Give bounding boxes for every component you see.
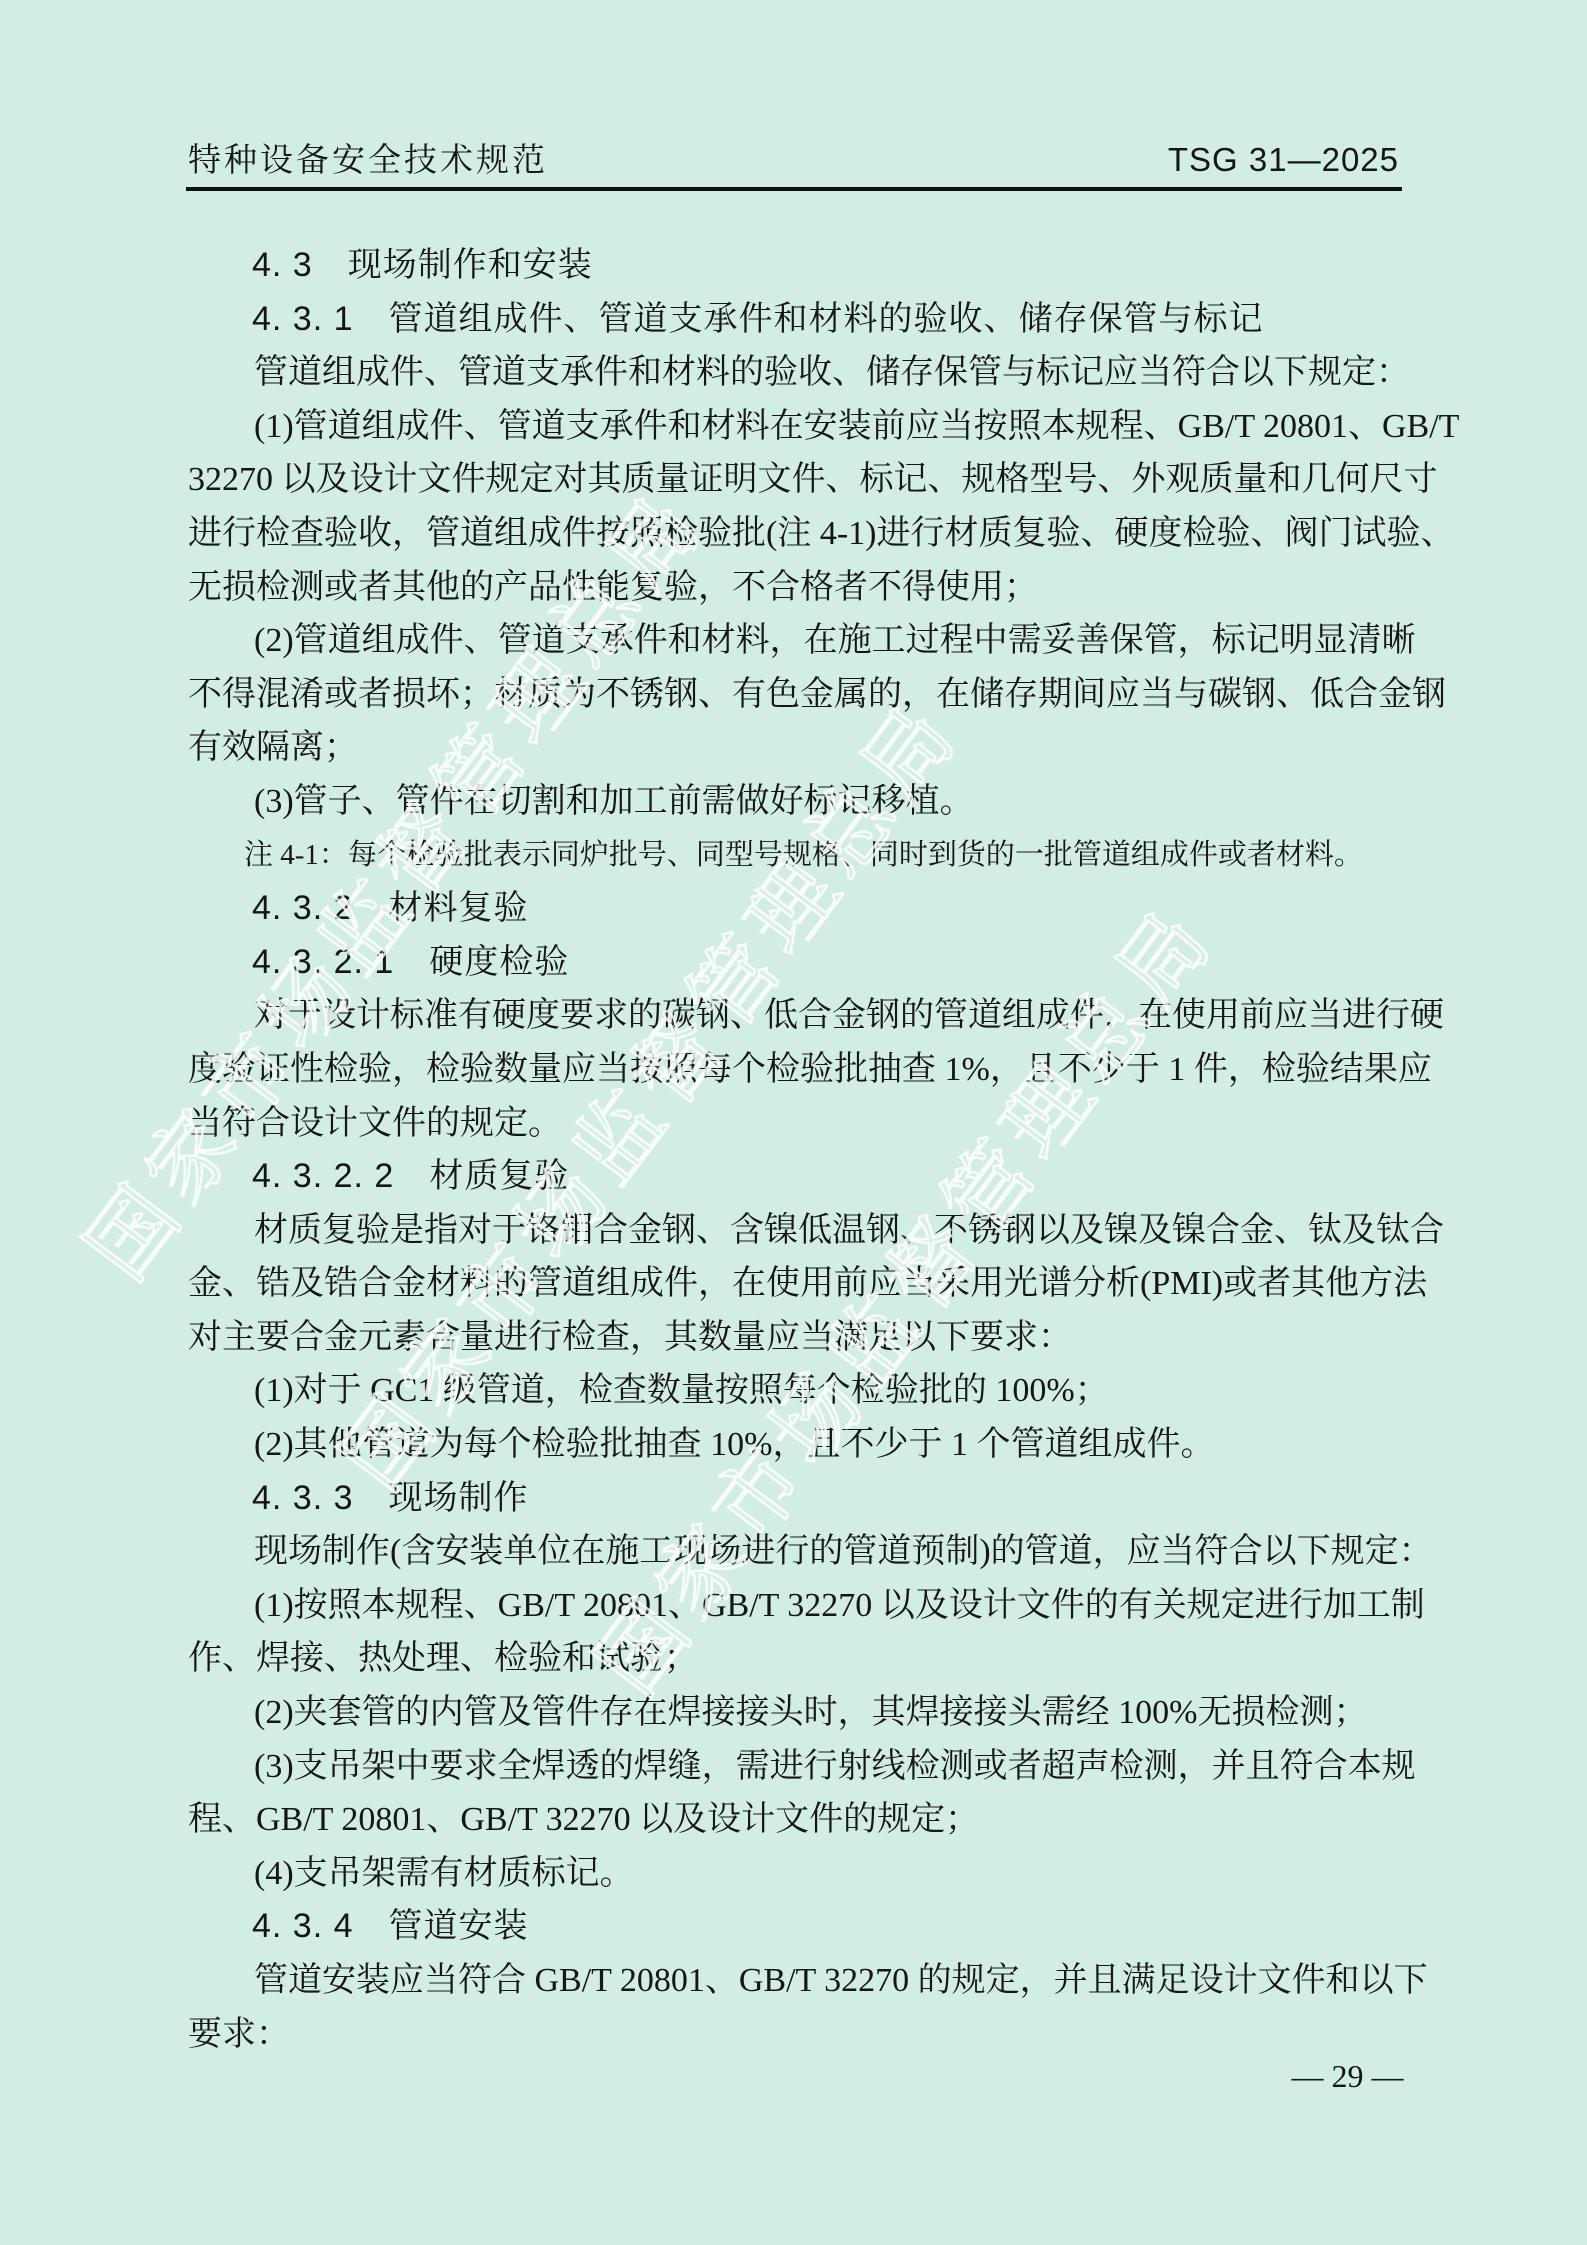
text-line: 不得混淆或者损坏；材质为不锈钢、有色金属的，在储存期间应当与碳钢、低合金钢 — [188, 668, 1402, 722]
note-line: 注 4-1：每个检验批表示同炉批号、同型号规格、同时到货的一批管道组成件或者材料… — [188, 829, 1402, 883]
section-heading: 4. 3. 3 现场制作 — [188, 1472, 1402, 1526]
document-body: 4. 3 现场制作和安装 4. 3. 1 管道组成件、管道支承件和材料的验收、储… — [188, 239, 1402, 2061]
document-code: TSG 31—2025 — [1168, 140, 1399, 180]
text-line: 管道组成件、管道支承件和材料的验收、储存保管与标记应当符合以下规定： — [188, 346, 1402, 400]
text-line: (3)支吊架中要求全焊透的焊缝，需进行射线检测或者超声检测，并且符合本规 — [188, 1740, 1402, 1794]
text-line: 管道安装应当符合 GB/T 20801、GB/T 32270 的规定，并且满足设… — [188, 1954, 1402, 2008]
text-line: (2)夹套管的内管及管件存在焊接接头时，其焊接接头需经 100%无损检测； — [188, 1686, 1402, 1740]
text-line: 作、焊接、热处理、检验和试验； — [188, 1632, 1402, 1686]
text-line: (4)支吊架需有材质标记。 — [188, 1847, 1402, 1901]
text-line: (1)按照本规程、GB/T 20801、GB/T 32270 以及设计文件的有关… — [188, 1579, 1402, 1633]
text-line: 无损检测或者其他的产品性能复验，不合格者不得使用； — [188, 561, 1402, 615]
section-heading: 4. 3. 2 材料复验 — [188, 882, 1402, 936]
text-line: 有效隔离； — [188, 721, 1402, 775]
section-heading: 4. 3. 2. 1 硬度检验 — [188, 936, 1402, 990]
text-line: (3)管子、管件在切割和加工前需做好标记移植。 — [188, 775, 1402, 829]
text-line: 度验证性检验，检验数量应当按照每个检验批抽查 1%，且不少于 1 件，检验结果应 — [188, 1043, 1402, 1097]
document-title: 特种设备安全技术规范 — [188, 140, 548, 180]
text-line: 32270 以及设计文件规定对其质量证明文件、标记、规格型号、外观质量和几何尺寸 — [188, 453, 1402, 507]
section-heading: 4. 3 现场制作和安装 — [188, 239, 1402, 293]
section-heading: 4. 3. 2. 2 材质复验 — [188, 1150, 1402, 1204]
text-line: (1)对于 GC1 级管道，检查数量按照每个检验批的 100%； — [188, 1364, 1402, 1418]
text-line: 金、锆及锆合金材料的管道组成件，在使用前应当采用光谱分析(PMI)或者其他方法 — [188, 1257, 1402, 1311]
text-line: 当符合设计文件的规定。 — [188, 1097, 1402, 1151]
text-line: (2)管道组成件、管道支承件和材料，在施工过程中需妥善保管，标记明显清晰 — [188, 614, 1402, 668]
section-heading: 4. 3. 1 管道组成件、管道支承件和材料的验收、储存保管与标记 — [188, 293, 1402, 347]
header-rule — [186, 187, 1402, 191]
text-line: 对于设计标准有硬度要求的碳钢、低合金钢的管道组成件，在使用前应当进行硬 — [188, 989, 1402, 1043]
text-line: 材质复验是指对于铬钼合金钢、含镍低温钢、不锈钢以及镍及镍合金、钛及钛合 — [188, 1204, 1402, 1258]
page-number: — 29 — — [1245, 2056, 1450, 2096]
text-line: (2)其他管道为每个检验批抽查 10%，且不少于 1 个管道组成件。 — [188, 1418, 1402, 1472]
text-line: 要求： — [188, 2008, 1402, 2062]
section-heading: 4. 3. 4 管道安装 — [188, 1900, 1402, 1954]
text-line: 对主要合金元素含量进行检查，其数量应当满足以下要求： — [188, 1311, 1402, 1365]
text-line: 程、GB/T 20801、GB/T 32270 以及设计文件的规定； — [188, 1793, 1402, 1847]
text-line: 进行检查验收，管道组成件按照检验批(注 4-1)进行材质复验、硬度检验、阀门试验… — [188, 507, 1402, 561]
text-line: (1)管道组成件、管道支承件和材料在安装前应当按照本规程、GB/T 20801、… — [188, 400, 1402, 454]
document-page: 特种设备安全技术规范 TSG 31—2025 国家市场监督管理总局 国家市场监督… — [0, 0, 1587, 2245]
text-line: 现场制作(含安装单位在施工现场进行的管道预制)的管道，应当符合以下规定： — [188, 1525, 1402, 1579]
